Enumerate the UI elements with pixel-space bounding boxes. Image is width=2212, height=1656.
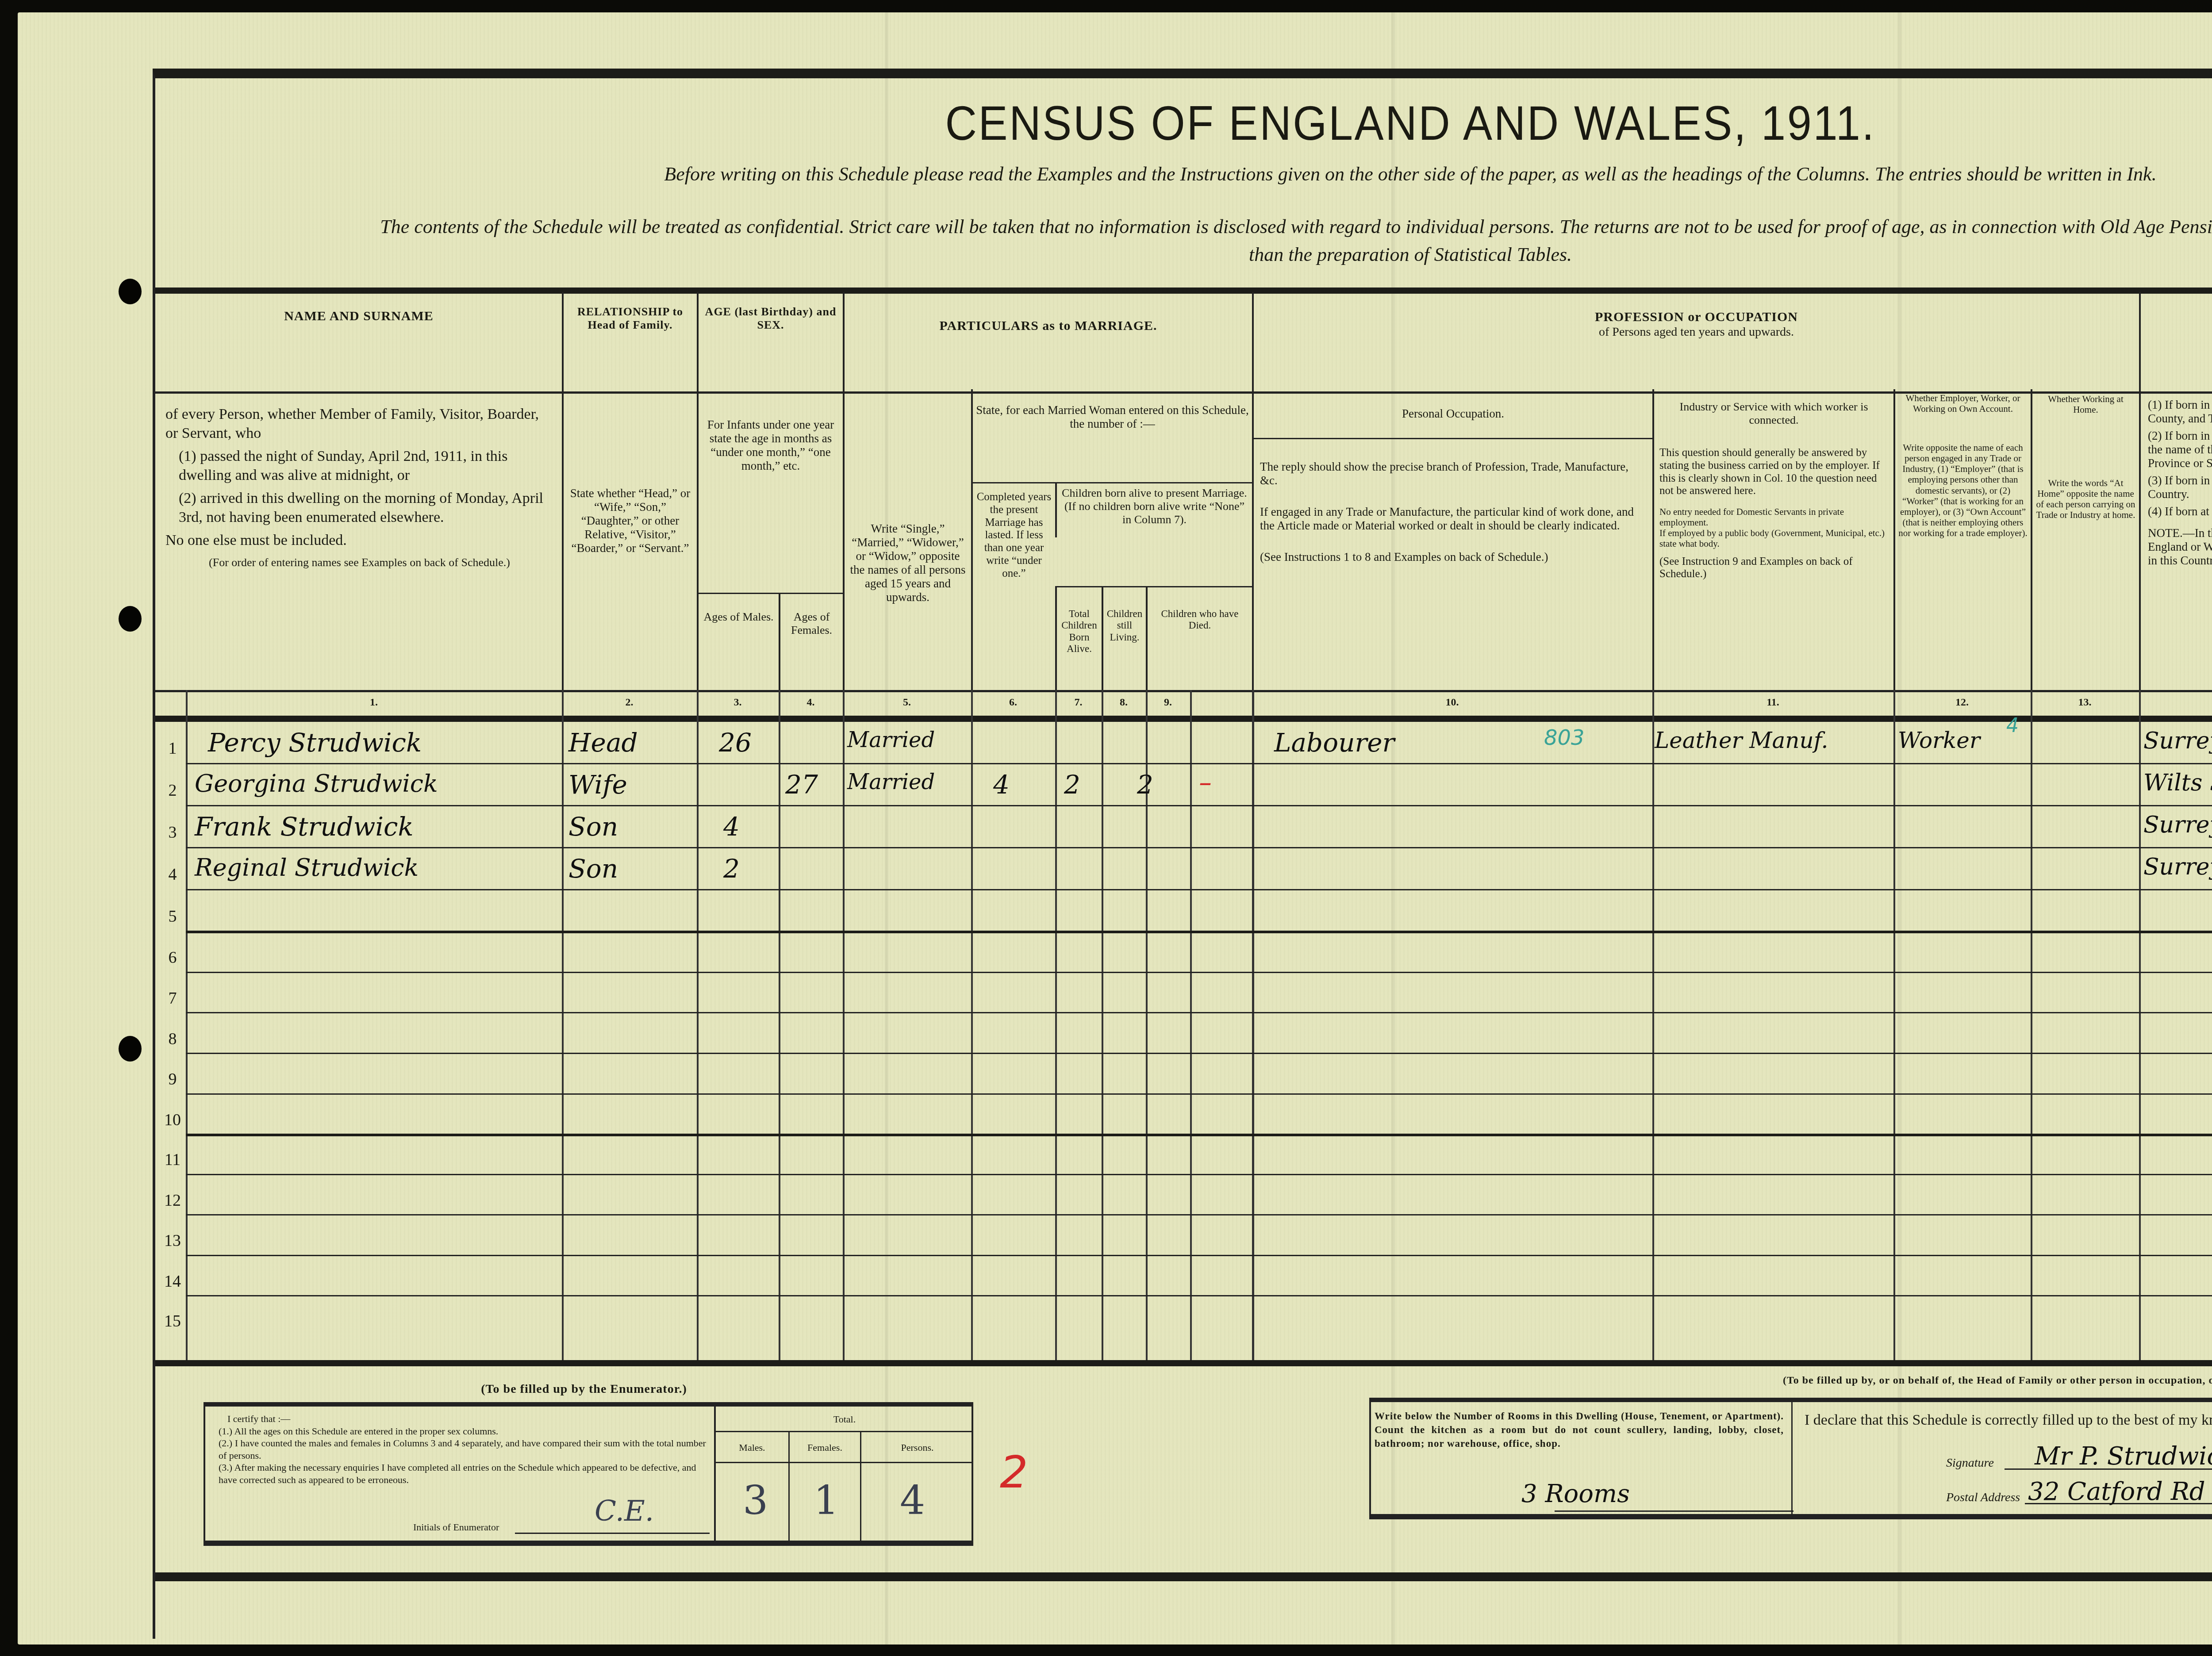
- table-bottom-rule: [155, 1360, 2212, 1366]
- age-female[interactable]: 27: [785, 770, 818, 800]
- occupation-instruction-2: If engaged in any Trade or Manufacture, …: [1260, 505, 1646, 533]
- males-label: Males.: [716, 1442, 788, 1453]
- header-occupation: PROFESSION or OCCUPATION of Persons aged…: [1252, 292, 2139, 391]
- name-instruction-3: (2) arrived in this dwelling on the morn…: [165, 489, 553, 527]
- header-working-at-home: Whether Working at Home.: [2031, 389, 2139, 433]
- rooms-count[interactable]: 3 Rooms: [1521, 1480, 1630, 1508]
- row-number: 12: [157, 1191, 188, 1210]
- enumerator-initials[interactable]: C.E.: [595, 1495, 654, 1528]
- children-born-alive[interactable]: 2: [1064, 770, 1080, 800]
- total-persons[interactable]: 4: [900, 1477, 925, 1524]
- column-number: 11.: [1652, 697, 1893, 709]
- row-rule: [186, 1214, 2212, 1215]
- header-relationship: RELATIONSHIP to Head of Family.: [562, 292, 697, 391]
- header-name: NAME AND SURNAME: [155, 305, 562, 349]
- row-number: 7: [157, 989, 188, 1008]
- punch-hole: [119, 279, 142, 304]
- row-number: 8: [157, 1029, 188, 1049]
- row-number: 13: [157, 1231, 188, 1250]
- age-male[interactable]: 4: [723, 812, 740, 842]
- name-instruction-5: (For order of entering names see Example…: [165, 556, 553, 570]
- name-instruction-1: of every Person, whether Member of Famil…: [165, 405, 553, 443]
- header-marriage: PARTICULARS as to MARRIAGE.: [843, 292, 1252, 391]
- page-title: CENSUS OF ENGLAND AND WALES, 1911.: [141, 95, 2212, 151]
- marital-status[interactable]: Married: [847, 728, 935, 752]
- birthplace-note: NOTE.—In the case of persons born elsewh…: [2148, 526, 2212, 567]
- total-header-divider: [716, 1462, 973, 1463]
- confidential-line: The contents of the Schedule will be tre…: [0, 215, 2212, 238]
- relationship[interactable]: Head: [568, 728, 638, 758]
- age-male[interactable]: 26: [719, 728, 752, 758]
- row-number: 3: [157, 823, 188, 842]
- row-number: 15: [157, 1311, 188, 1331]
- marital-status[interactable]: Married: [847, 770, 935, 794]
- header-married-woman: State, for each Married Woman entered on…: [971, 389, 1252, 482]
- column-number-rule: [155, 690, 2212, 692]
- column-number: 10.: [1252, 697, 1652, 709]
- page-bottom-rule: [155, 1572, 2212, 1581]
- industry[interactable]: Leather Manuf.: [1655, 728, 1828, 753]
- name-instruction-2: (1) passed the night of Sunday, April 2n…: [165, 447, 553, 485]
- name-instruction-4: No one else must be included.: [165, 531, 553, 550]
- rooms-underline: [1555, 1510, 1793, 1512]
- row-rule: [186, 1093, 2212, 1095]
- birthplace-subtitle: of every person.: [2143, 325, 2212, 339]
- header-birthplace-body: (1) If born in the United Kingdom, write…: [2139, 389, 2212, 690]
- column-rule: [697, 690, 699, 1362]
- row-number: 1: [157, 739, 188, 758]
- persons-label: Persons.: [861, 1442, 973, 1453]
- relationship[interactable]: Wife: [568, 770, 627, 800]
- person-name[interactable]: Percy Strudwick: [208, 728, 422, 758]
- row-number: 2: [157, 781, 188, 800]
- column-rule: [1252, 690, 1254, 1362]
- row-number: 10: [157, 1110, 188, 1130]
- row-rule: [186, 1255, 2212, 1256]
- enumerator-heading: (To be filled up by the Enumerator.): [319, 1382, 849, 1396]
- column-number: 1.: [186, 697, 562, 709]
- column-number: 6.: [971, 697, 1055, 709]
- row-rule: [186, 1053, 2212, 1054]
- birthplace-instruction-2: (2) If born in any other part of the Bri…: [2148, 429, 2212, 470]
- certify-heading: I certify that :—: [219, 1413, 710, 1425]
- employment-code: 4: [2006, 714, 2019, 737]
- row-rule: [186, 1174, 2212, 1175]
- header-age-body: For Infants under one year state the age…: [697, 389, 843, 593]
- birthplace[interactable]: Surrey Godalming: [2143, 854, 2212, 880]
- person-name[interactable]: Reginal Strudwick: [195, 854, 419, 882]
- postal-address-label: Postal Address: [1946, 1491, 2020, 1505]
- row-rule: [186, 972, 2212, 973]
- column-number: 2.: [562, 697, 697, 709]
- children-living[interactable]: 2: [1137, 770, 1153, 800]
- relationship[interactable]: Son: [568, 854, 618, 884]
- column-rule: [1190, 690, 1192, 1362]
- signature-label: Signature: [1946, 1456, 1994, 1470]
- certify-item-2: (2.) I have counted the males and female…: [219, 1437, 710, 1461]
- females-label: Females.: [790, 1442, 860, 1453]
- occupation-subtitle: of Persons aged ten years and upwards.: [1256, 325, 2136, 339]
- header-still-living: Children still Living.: [1102, 586, 1146, 690]
- header-marital-condition: Write “Single,” “Married,” “Widower,” or…: [843, 389, 971, 690]
- row-number: 6: [157, 948, 188, 967]
- column-rule: [1893, 690, 1895, 1362]
- header-employment-status: Whether Employer, Worker, or Working on …: [1893, 389, 2031, 438]
- signature-value[interactable]: Mr P. Strudwick: [2035, 1442, 2212, 1471]
- birthplace-instruction-3: (3) If born in a Foreign Country, write …: [2148, 474, 2212, 501]
- certify-item-1: (1.) All the ages on this Schedule are e…: [219, 1425, 710, 1437]
- enumerator-certification: I certify that :— (1.) All the ages on t…: [219, 1413, 710, 1486]
- header-personal-occupation: Personal Occupation.: [1252, 389, 1652, 438]
- enumerator-certificate-box: I certify that :— (1.) All the ages on t…: [204, 1402, 973, 1546]
- birthplace-instruction-1: (1) If born in the United Kingdom, write…: [2148, 398, 2212, 425]
- column-number: 13.: [2031, 697, 2139, 709]
- industry-instruction-2: No entry needed for Domestic Servants in…: [1659, 506, 1888, 528]
- header-years-married: Completed years the present Marriage has…: [971, 482, 1055, 690]
- header-industry-body: This question should generally be answer…: [1652, 438, 1893, 690]
- header-working-at-home-body: Write the words “At Home” opposite the n…: [2031, 433, 2139, 690]
- header-personal-occupation-body: The reply should show the precise branch…: [1252, 438, 1652, 690]
- column-rule: [843, 690, 845, 1362]
- column-rule: [2031, 690, 2032, 1362]
- column-number: 5.: [843, 697, 971, 709]
- column-number: 8.: [1102, 697, 1146, 709]
- column-number: 4.: [779, 697, 843, 709]
- industry-instruction-1: This question should generally be answer…: [1659, 447, 1888, 498]
- column-rule: [562, 690, 564, 1362]
- row-rule: [186, 1295, 2212, 1296]
- initials-underline: [515, 1533, 710, 1534]
- column-rule: [1102, 690, 1103, 1362]
- column-number-rule-bottom: [155, 716, 2212, 722]
- occupation-instruction-3: (See Instructions 1 to 8 and Examples on…: [1260, 550, 1646, 564]
- header-name-body: of every Person, whether Member of Famil…: [159, 389, 560, 681]
- row-number: 4: [157, 865, 188, 884]
- totals-divider: [714, 1407, 716, 1541]
- header-age: AGE (last Birthday) and SEX.: [697, 292, 843, 391]
- column-rule: [2139, 690, 2141, 1362]
- row-number: 11: [157, 1150, 188, 1169]
- person-name[interactable]: Frank Strudwick: [195, 812, 414, 842]
- header-ages-males: Ages of Males.: [697, 593, 779, 690]
- occupation-code: 803: [1544, 725, 1585, 750]
- total-label: Total.: [716, 1414, 973, 1425]
- person-name[interactable]: Georgina Strudwick: [195, 770, 438, 797]
- birthplace-title: BIRTHPLACE: [2143, 310, 2212, 325]
- head-of-family-box: Write below the Number of Rooms in this …: [1369, 1398, 2212, 1519]
- declaration-text: I declare that this Schedule is correctl…: [1805, 1412, 2212, 1429]
- rooms-divider: [1791, 1402, 1793, 1514]
- punch-hole: [119, 606, 142, 632]
- column-rule: [1652, 690, 1654, 1362]
- age-male[interactable]: 2: [723, 854, 740, 884]
- postal-address-value[interactable]: 32 Catford Rd Godalming: [2028, 1477, 2212, 1506]
- column-number: 3.: [697, 697, 779, 709]
- head-of-family-heading: (To be filled up by, or on behalf of, th…: [1473, 1375, 2212, 1387]
- row-rule: [186, 763, 2212, 764]
- industry-instruction-3: If employed by a public body (Government…: [1659, 528, 1888, 549]
- row-rule: [186, 1012, 2212, 1013]
- relationship[interactable]: Son: [568, 812, 618, 842]
- certify-item-3: (3.) After making the necessary enquirie…: [219, 1461, 710, 1486]
- column-number: 7.: [1055, 697, 1102, 709]
- birthplace[interactable]: Surrey Godalming: [2143, 728, 2212, 754]
- occupation[interactable]: Labourer: [1274, 728, 1394, 758]
- total-divider: [716, 1431, 973, 1432]
- rooms-instruction: Write below the Number of Rooms in this …: [1375, 1409, 1784, 1450]
- row-number: 9: [157, 1069, 188, 1089]
- total-females[interactable]: 1: [814, 1477, 839, 1524]
- column-number: 9.: [1146, 697, 1190, 709]
- header-born-alive: Total Children Born Alive.: [1055, 586, 1102, 690]
- occupation-title: PROFESSION or OCCUPATION: [1256, 310, 2136, 325]
- birthplace[interactable]: Wilts Swindon: [2143, 770, 2212, 796]
- red-tally-mark: 2: [1000, 1446, 1028, 1498]
- instructions-line: Before writing on this Schedule please r…: [0, 163, 2212, 185]
- header-ages-females: Ages of Females.: [779, 593, 843, 690]
- column-rule: [779, 690, 780, 1362]
- employment-status[interactable]: Worker: [1898, 728, 1980, 753]
- confidential-line-2: than the preparation of Statistical Tabl…: [0, 243, 2212, 266]
- row-rule: [186, 889, 2212, 890]
- header-employment-status-body: Write opposite the name of each person e…: [1893, 438, 2031, 690]
- occupation-instruction-1: The reply should show the precise branch…: [1260, 460, 1646, 487]
- birthplace[interactable]: Surrey Godalming: [2143, 812, 2212, 838]
- header-relationship-body: State whether “Head,” or “Wife,” “Son,” …: [562, 389, 697, 690]
- years-married[interactable]: 4: [993, 770, 1010, 800]
- column-number: 14.: [2139, 697, 2212, 709]
- industry-instruction-4: (See Instruction 9 and Examples on back …: [1659, 556, 1888, 581]
- row-rule-5: [186, 931, 2212, 933]
- header-birthplace: BIRTHPLACE of every person.: [2139, 292, 2212, 391]
- header-children-group: Children born alive to present Marriage.…: [1055, 482, 1252, 537]
- birthplace-instruction-4: (4) If born at sea, write “At Sea.”: [2148, 505, 2212, 518]
- row-rule: [186, 805, 2212, 806]
- row-rule: [186, 847, 2212, 848]
- initials-label: Initials of Enumerator: [413, 1522, 555, 1533]
- column-number: 12.: [1893, 697, 2031, 709]
- children-died[interactable]: –: [1199, 767, 1212, 797]
- header-died: Children who have Died.: [1146, 586, 1252, 690]
- row-number: 5: [157, 907, 188, 926]
- punch-hole: [119, 1036, 142, 1062]
- row-number: 14: [157, 1272, 188, 1291]
- column-rule: [1055, 690, 1057, 1362]
- column-rule: [971, 690, 973, 1362]
- total-males[interactable]: 3: [743, 1477, 768, 1524]
- header-industry: Industry or Service with which worker is…: [1652, 389, 1893, 438]
- row-rule-10: [186, 1134, 2212, 1136]
